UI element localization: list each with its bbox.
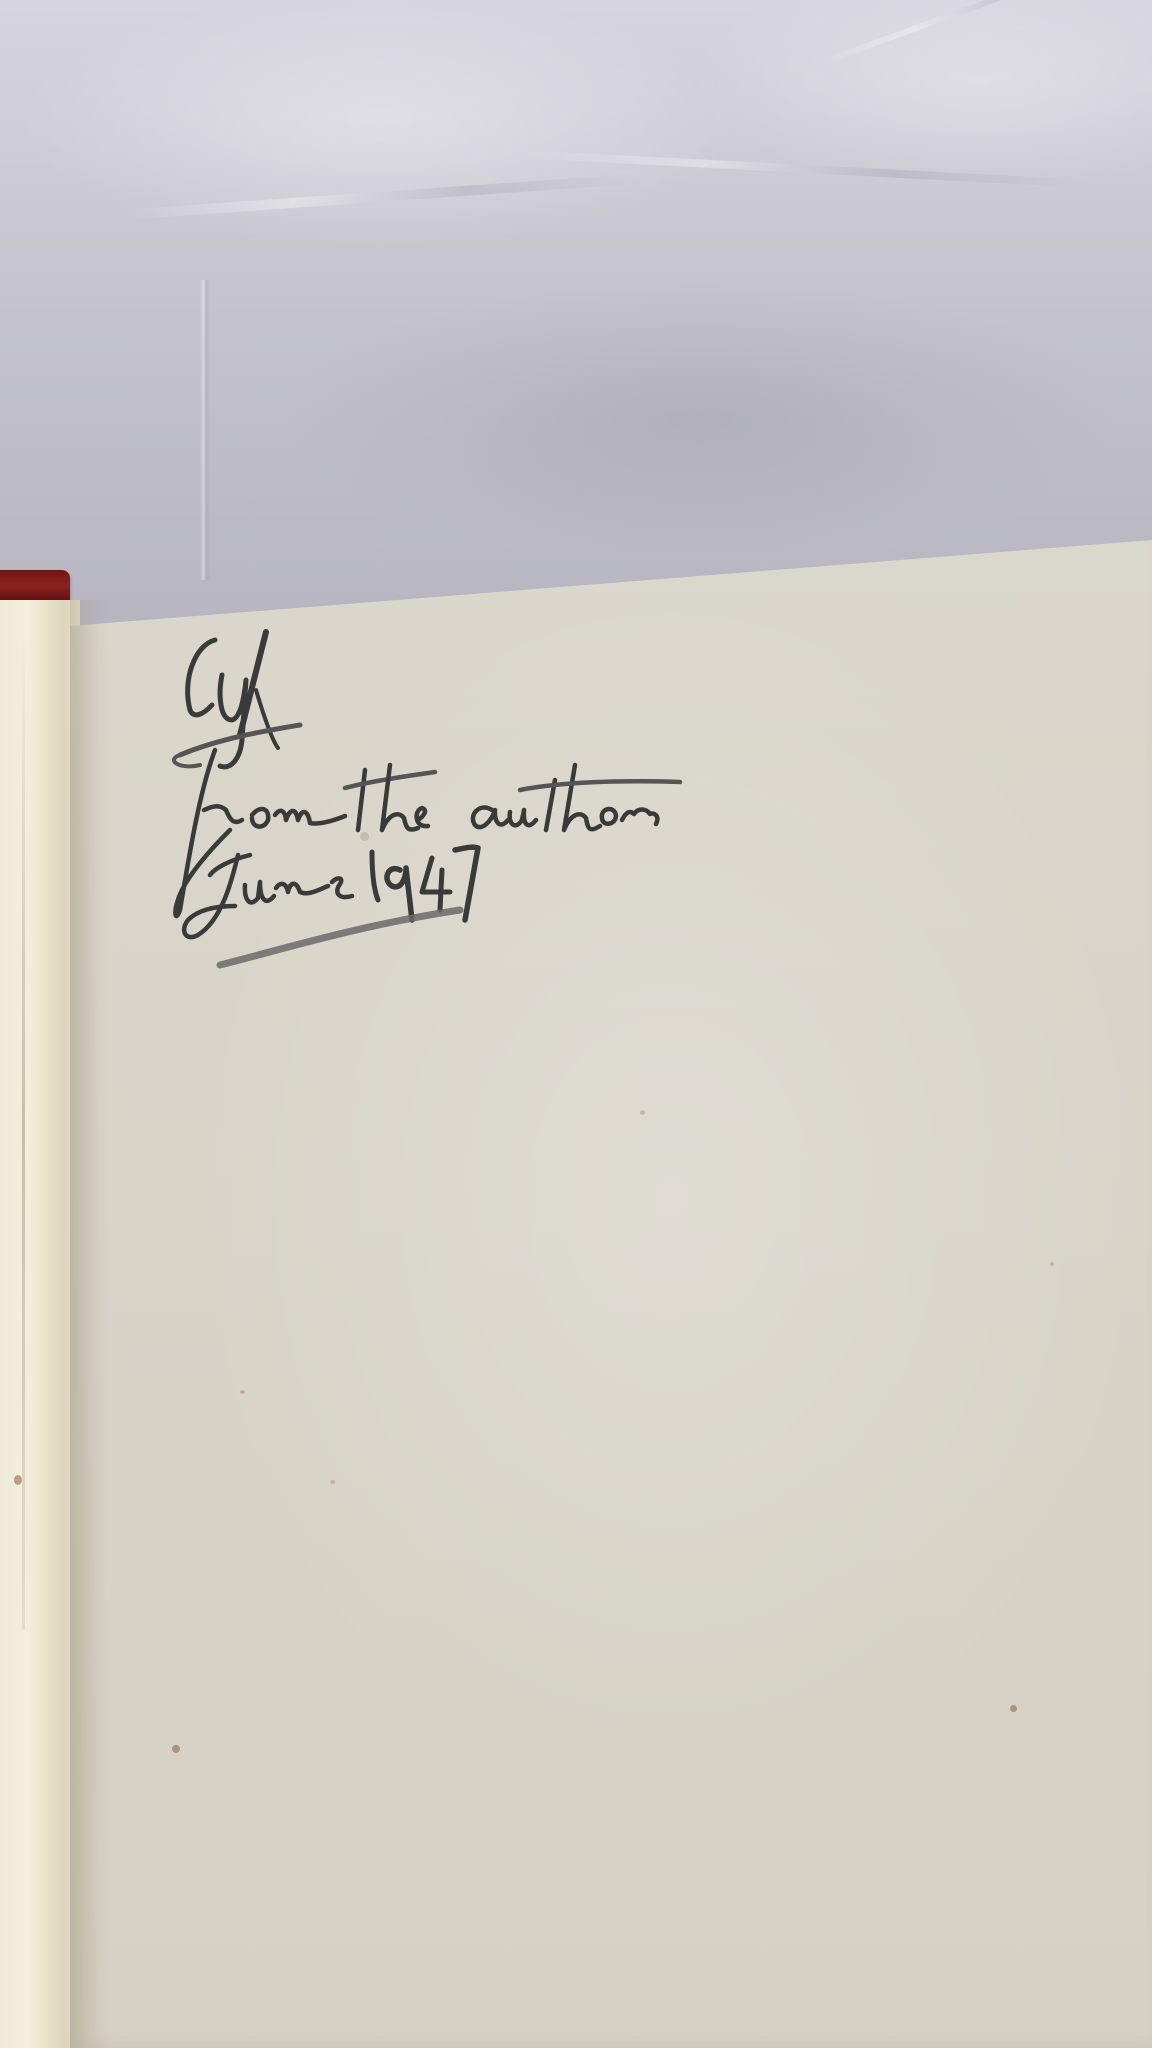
foxing-spot — [330, 1480, 335, 1484]
handwritten-inscription: CGK from the author June 1947 — [160, 620, 920, 980]
book: CGK from the author June 1947 — [0, 0, 1152, 2048]
inscription-strokes — [160, 620, 920, 980]
foxing-spot — [1050, 1262, 1054, 1266]
foxing-spot — [640, 1110, 645, 1115]
foxing-spot — [14, 1475, 22, 1485]
book-spine-red-edge — [0, 570, 70, 602]
photo-scene: CGK from the author June 1947 — [0, 0, 1152, 2048]
foxing-spot — [240, 1390, 245, 1394]
foxing-spot — [1010, 1705, 1017, 1712]
book-page-edge — [0, 600, 80, 2048]
gutter-shadow — [70, 600, 110, 2048]
endpaper-page — [70, 0, 1152, 2048]
foxing-spot — [172, 1745, 180, 1753]
